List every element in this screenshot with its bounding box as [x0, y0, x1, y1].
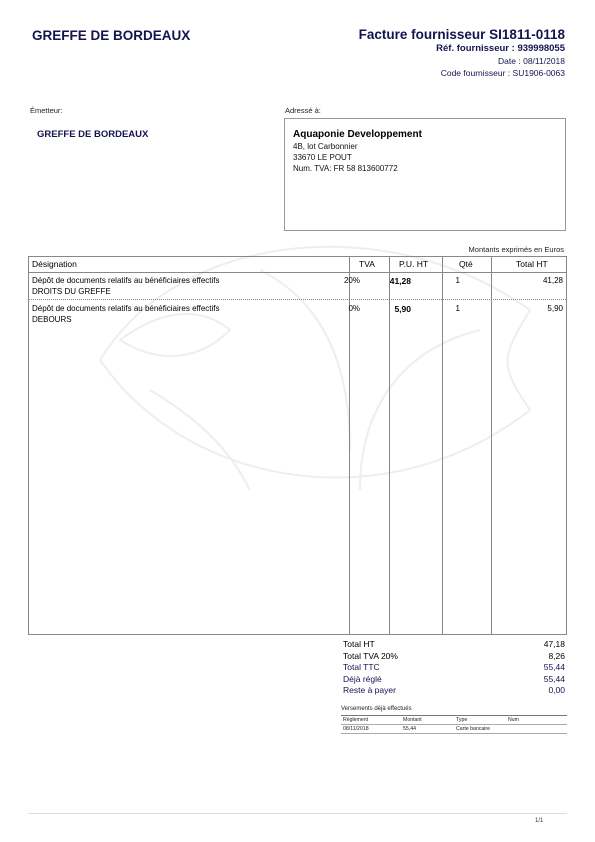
row-total: 5,90 [547, 304, 563, 313]
col-header-designation: Désignation [32, 259, 77, 269]
invoice-header: Facture fournisseur SI1811-0118 Réf. fou… [359, 27, 565, 79]
currency-note: Montants exprimés en Euros [469, 245, 564, 254]
row-description-line2: DROITS DU GREFFE [32, 287, 220, 298]
invoice-lines-table: Désignation TVA P.U. HT Qté Total HT Dép… [28, 256, 567, 635]
row-vat: 20% [344, 276, 360, 285]
payments-header: Règlement Montant Type Num [341, 715, 567, 725]
sender-label: Émetteur: [30, 106, 63, 115]
row-vat: 0% [348, 304, 360, 313]
remaining-value: 0,00 [548, 685, 565, 697]
row-total: 41,28 [543, 276, 563, 285]
invoice-date: Date : 08/11/2018 [359, 55, 565, 67]
payments-block: Versements déjà effectués Règlement Mont… [341, 706, 567, 734]
col-header-unit-price: P.U. HT [399, 259, 428, 269]
col-header-total: Total HT [516, 259, 548, 269]
footer-divider [28, 813, 567, 814]
payments-col-type: Type [456, 717, 467, 723]
already-paid-value: 55,44 [544, 674, 565, 686]
total-ht-label: Total HT [343, 639, 375, 651]
total-ttc-row: Total TTC 55,44 [343, 662, 565, 674]
row-unit-price: 41,28 [390, 276, 411, 286]
remaining-label: Reste à payer [343, 685, 396, 697]
company-title: GREFFE DE BORDEAUX [32, 28, 190, 43]
payments-table: Règlement Montant Type Num 08/11/2018 55… [341, 715, 567, 734]
invoice-title: Facture fournisseur SI1811-0118 [359, 27, 565, 43]
col-header-qty: Qté [459, 259, 473, 269]
recipient-label: Adressé à: [285, 106, 321, 115]
recipient-box: Aquaponie Developpement 4B, lot Carbonni… [284, 118, 566, 231]
table-header: Désignation TVA P.U. HT Qté Total HT [29, 257, 566, 273]
sender-name: GREFFE DE BORDEAUX [37, 129, 148, 140]
table-row: Dépôt de documents relatifs au bénéficia… [29, 272, 566, 300]
payments-col-amount: Montant [403, 717, 422, 723]
payments-col-num: Num [508, 717, 519, 723]
total-ht-row: Total HT 47,18 [343, 639, 565, 651]
payment-row: 08/11/2018 55,44 Carte bancaire [341, 725, 567, 734]
already-paid-label: Déjà réglé [343, 674, 382, 686]
row-description-line2: DEBOURS [32, 315, 220, 326]
payment-date: 08/11/2018 [343, 726, 369, 732]
payment-type: Carte bancaire [456, 726, 490, 732]
payments-title: Versements déjà effectués [341, 706, 567, 712]
recipient-vat-number: Num. TVA: FR 58 813600772 [293, 163, 557, 174]
recipient-address-line1: 4B, lot Carbonnier [293, 141, 557, 152]
table-row: Dépôt de documents relatifs au bénéficia… [29, 300, 566, 327]
already-paid-row: Déjà réglé 55,44 [343, 674, 565, 686]
total-ttc-value: 55,44 [544, 662, 565, 674]
row-description-line1: Dépôt de documents relatifs au bénéficia… [32, 276, 220, 287]
total-ttc-label: Total TTC [343, 662, 380, 674]
supplier-code: Code fournisseur : SU1906-0063 [359, 67, 565, 79]
page-number: 1/1 [535, 818, 543, 824]
total-ht-value: 47,18 [544, 639, 565, 651]
row-description: Dépôt de documents relatifs au bénéficia… [32, 304, 220, 325]
row-qty: 1 [456, 304, 460, 313]
payment-amount: 55,44 [403, 726, 416, 732]
payments-col-payment: Règlement [343, 717, 368, 723]
row-unit-price: 5,90 [394, 304, 411, 314]
total-vat-label: Total TVA 20% [343, 651, 398, 663]
row-qty: 1 [456, 276, 460, 285]
row-description-line1: Dépôt de documents relatifs au bénéficia… [32, 304, 220, 315]
row-description: Dépôt de documents relatifs au bénéficia… [32, 276, 220, 297]
total-vat-row: Total TVA 20% 8,26 [343, 651, 565, 663]
totals-block: Total HT 47,18 Total TVA 20% 8,26 Total … [343, 639, 565, 697]
recipient-address-line2: 33670 LE POUT [293, 152, 557, 163]
col-header-vat: TVA [359, 259, 375, 269]
supplier-ref: Réf. fournisseur : 939998055 [359, 43, 565, 55]
recipient-name: Aquaponie Developpement [293, 128, 557, 141]
remaining-row: Reste à payer 0,00 [343, 685, 565, 697]
total-vat-value: 8,26 [548, 651, 565, 663]
